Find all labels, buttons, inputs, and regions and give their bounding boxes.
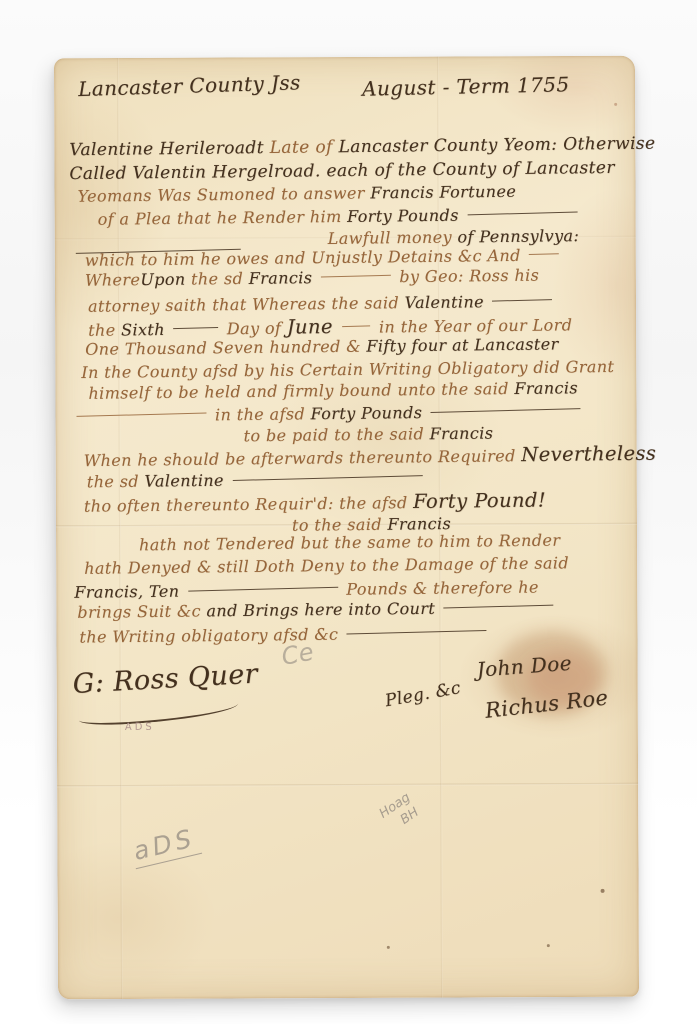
manuscript-text: Francis xyxy=(249,268,318,288)
foxing-spot xyxy=(387,946,390,949)
inked-rule xyxy=(347,630,487,635)
manuscript-text: Lawfull money xyxy=(328,227,458,247)
manuscript-line: hath not Tendered but the same to him to… xyxy=(139,532,560,555)
manuscript-line: the sd Valentine xyxy=(87,469,426,491)
header-court-term: August - Term 1755 xyxy=(362,72,570,101)
manuscript-line: to be paid to the said Francis xyxy=(244,424,494,445)
manuscript-text: Nevertheless xyxy=(521,442,656,467)
manuscript-text: Francis xyxy=(514,378,578,398)
inked-rule xyxy=(431,408,581,413)
foxing-spot xyxy=(547,944,550,947)
manuscript-text: brings Suit &c xyxy=(77,601,206,621)
manuscript-text: to be paid to the said xyxy=(243,424,429,445)
signature-flourish xyxy=(78,700,239,728)
inked-rule xyxy=(321,275,391,278)
manuscript-text: Sixth xyxy=(121,320,171,340)
header-county: Lancaster County Jss xyxy=(78,70,301,101)
foxing-spot xyxy=(614,103,617,106)
manuscript-text: by Geo: Ross his xyxy=(394,266,540,287)
document-body: Valentine Herileroadt Late of Lancaster … xyxy=(54,56,635,59)
manuscript-text: Francis xyxy=(387,514,451,534)
manuscript-line: Valentine Herileroadt Late of Lancaster … xyxy=(69,135,655,161)
pencil-squiggle: Ce xyxy=(279,638,316,671)
manuscript-text: and Brings here into Court xyxy=(206,599,440,621)
manuscript-text: hath Denyed & still Doth Deny to the Dam… xyxy=(84,553,569,577)
manuscript-text: the xyxy=(88,320,121,339)
manuscript-text: Upon xyxy=(140,270,185,290)
photo-background: Lancaster County Jss August - Term 1755 … xyxy=(0,0,697,1024)
manuscript-line: tho often thereunto Requir'd: the afsd F… xyxy=(84,490,546,518)
manuscript-text: Valentine xyxy=(144,471,229,491)
inked-rule xyxy=(467,212,577,216)
inked-rule xyxy=(529,253,559,255)
manuscript-text: in the Year of our Lord xyxy=(373,315,572,336)
inked-rule xyxy=(492,299,552,302)
manuscript-text: the sd xyxy=(185,269,248,289)
manuscript-text: Day of xyxy=(221,319,287,339)
manuscript-document: Lancaster County Jss August - Term 1755 … xyxy=(54,56,639,1000)
fold-crease-horizontal xyxy=(57,783,638,788)
manuscript-line: attorney saith that Whereas the said Val… xyxy=(88,292,556,316)
manuscript-text: Forty Pounds xyxy=(347,206,464,226)
manuscript-text: of Pennsylvya: xyxy=(457,226,579,246)
manuscript-line: hath Denyed & still Doth Deny to the Dam… xyxy=(84,554,569,578)
manuscript-text: Valentine xyxy=(404,292,489,312)
manuscript-line: of a Plea that he Render him Forty Pound… xyxy=(98,205,581,229)
manuscript-text: Forty Pounds xyxy=(310,403,427,423)
manuscript-line: When he should be afterwards thereunto R… xyxy=(84,443,657,472)
inked-rule xyxy=(232,475,422,481)
inked-rule xyxy=(188,587,338,592)
manuscript-text: June xyxy=(287,315,340,339)
manuscript-text: When he should be afterwards thereunto R… xyxy=(84,446,522,470)
manuscript-text: Yeomans Was Sumoned to answer xyxy=(77,183,370,205)
inked-rule xyxy=(77,413,207,417)
manuscript-text: Forty Pound! xyxy=(413,489,546,514)
inked-rule xyxy=(173,327,218,329)
pencil-annotation-ads: aDS xyxy=(129,822,203,869)
manuscript-line: himself to be held and firmly bound unto… xyxy=(88,379,578,403)
inked-rule xyxy=(342,325,370,327)
pencil-note-ads-small: ADS xyxy=(125,722,155,733)
manuscript-text: Called Valentin Hergelroad. each of the … xyxy=(69,158,615,184)
manuscript-text: Francis xyxy=(429,423,493,443)
manuscript-text: of a Plea that he Render him xyxy=(98,207,348,229)
manuscript-text: Where xyxy=(85,270,141,290)
manuscript-line: brings Suit &c and Brings here into Cour… xyxy=(77,598,556,622)
manuscript-text: Francis, Ten xyxy=(74,582,185,602)
manuscript-text: tho often thereunto Requir'd: the afsd xyxy=(84,493,413,516)
manuscript-line: Called Valentin Hergelroad. each of the … xyxy=(69,159,615,185)
manuscript-text: in the afsd xyxy=(209,404,310,424)
manuscript-line: Yeomans Was Sumoned to answer Francis Fo… xyxy=(77,183,516,206)
manuscript-line: Lawfull money of Pennsylvya: xyxy=(328,227,580,248)
attorney-signature: G: Ross Quer xyxy=(72,659,259,700)
inked-rule xyxy=(444,605,554,609)
manuscript-line: One Thousand Seven hundred & Fifty four … xyxy=(85,335,559,359)
manuscript-text: attorney saith that Whereas the said xyxy=(88,293,405,316)
manuscript-text: Valentine Herileroadt xyxy=(69,138,270,160)
manuscript-text: Pounds & therefore he xyxy=(341,578,539,599)
manuscript-line: in the afsd Forty Pounds xyxy=(73,402,583,426)
manuscript-text: Fifty four at Lancaster xyxy=(366,334,558,355)
manuscript-line: WhereUpon the sd Francis by Geo: Ross hi… xyxy=(85,267,540,291)
manuscript-text: Late of xyxy=(270,137,339,158)
pencil-annotation-collector: Hoag BH xyxy=(377,790,424,837)
manuscript-text: the sd xyxy=(87,472,145,492)
manuscript-text: Francis Fortunee xyxy=(370,182,516,203)
manuscript-text: Lancaster County Yeom: Otherwise xyxy=(338,134,655,158)
manuscript-text: himself to be held and firmly bound unto… xyxy=(88,379,514,403)
manuscript-text: hath not Tendered but the same to him to… xyxy=(139,531,560,555)
pledge-label: Pleg. &c xyxy=(384,678,463,711)
manuscript-text: One Thousand Seven hundred & xyxy=(85,337,366,359)
foxing-spot xyxy=(601,889,605,893)
